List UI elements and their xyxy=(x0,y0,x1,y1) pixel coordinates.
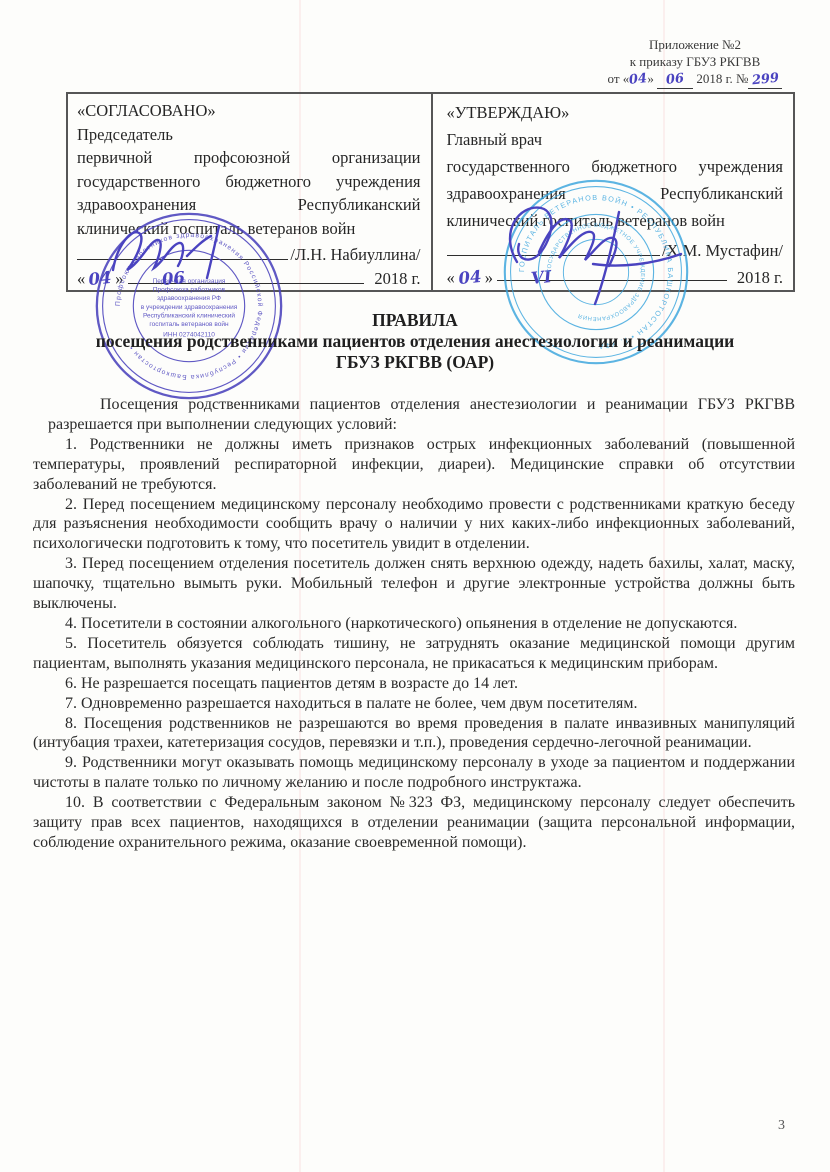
appendix-order-line: от «04» 06 2018 г. №299 xyxy=(570,70,820,89)
signature-line xyxy=(447,241,660,256)
rule-item-7: 7. Одновременно разрешается находиться в… xyxy=(33,694,795,714)
handwritten-day: 04 xyxy=(453,263,486,293)
rule-item-3: 3. Перед посещением отделения посетитель… xyxy=(33,554,795,614)
order-year-text: 2018 г. № xyxy=(693,71,748,86)
agreed-signature-row: /Л.Н. Набиуллина/ xyxy=(77,243,421,267)
approved-cell: «УТВЕРЖДАЮ» Главный врач государственног… xyxy=(431,94,794,290)
title-line-3: ГБУЗ РКГВВ (ОАР) xyxy=(0,352,830,373)
union-stamp-line: здравоохранения РФ xyxy=(157,295,221,302)
quote-close: » xyxy=(115,267,123,291)
document-page: Приложение №2 к приказу ГБУЗ РКГВВ от «0… xyxy=(0,0,830,1172)
agreed-heading: «СОГЛАСОВАНО» xyxy=(77,99,421,123)
rule-item-6: 6. Не разрешается посещать пациентов дет… xyxy=(33,674,795,694)
approved-heading: «УТВЕРЖДАЮ» xyxy=(447,99,784,126)
date-underline: 06 xyxy=(128,267,365,284)
rule-item-4: 4. Посетители в состоянии алкогольного (… xyxy=(33,614,795,634)
approval-table: «СОГЛАСОВАНО» Председатель первичной про… xyxy=(66,92,795,292)
year-label: 2018 г. xyxy=(372,267,420,291)
approved-signature-name: /Х.М. Мустафин/ xyxy=(660,237,783,264)
approved-line: государственного бюджетного учреждения xyxy=(447,153,784,180)
intro-paragraph: Посещения родственниками пациентов отдел… xyxy=(48,395,795,435)
handwritten-month: 06 xyxy=(160,265,185,291)
month-underline: 06 xyxy=(657,70,693,89)
rule-item-2: 2. Перед посещением медицинскому персона… xyxy=(33,495,795,555)
agreed-signature-name: /Л.Н. Набиуллина/ xyxy=(288,243,420,267)
agreed-cell: «СОГЛАСОВАНО» Председатель первичной про… xyxy=(68,94,431,290)
date-underline: VI xyxy=(497,264,727,281)
approved-signature-row: /Х.М. Мустафин/ xyxy=(447,237,784,264)
rule-item-5: 5. Посетитель обязуется соблюдать тишину… xyxy=(33,634,795,674)
handwritten-day: 04 xyxy=(84,265,116,292)
approved-line: клинический госпиталь ветеранов войн xyxy=(447,207,784,234)
handwritten-order-number: 299 xyxy=(751,70,780,90)
rules-body: Посещения родственниками пациентов отдел… xyxy=(33,395,795,853)
agreed-line: Председатель xyxy=(77,123,421,147)
signature-line xyxy=(77,245,288,260)
agreed-line: здравоохранения Республиканский xyxy=(77,193,421,217)
rule-item-8: 8. Посещения родственников не разрешаютс… xyxy=(33,714,795,754)
appendix-block: Приложение №2 к приказу ГБУЗ РКГВВ от «0… xyxy=(570,36,820,89)
page-number: 3 xyxy=(778,1118,785,1134)
order-from-prefix: от « xyxy=(608,71,630,86)
agreed-line: клинический госпиталь ветеранов войн xyxy=(77,217,421,241)
handwritten-month: 06 xyxy=(665,70,685,89)
appendix-line-1: Приложение №2 xyxy=(570,36,820,53)
appendix-line-2: к приказу ГБУЗ РКГВВ xyxy=(570,53,820,70)
title-line-1: ПРАВИЛА xyxy=(0,310,830,331)
approved-date-row: «04» VI 2018 г. xyxy=(447,264,784,291)
year-label: 2018 г. xyxy=(735,264,783,291)
handwritten-day: 04 xyxy=(628,70,648,89)
agreed-date-row: «04» 06 2018 г. xyxy=(77,267,421,291)
agreed-line: первичной профсоюзной организации xyxy=(77,146,421,170)
rule-item-10: 10. В соответствии с Федеральным законом… xyxy=(33,793,795,853)
approved-line: Главный врач xyxy=(447,126,784,153)
title-line-2: посещения родственниками пациентов отдел… xyxy=(0,331,830,352)
document-title: ПРАВИЛА посещения родственниками пациент… xyxy=(0,310,830,373)
rule-item-1: 1. Родственники не должны иметь признако… xyxy=(33,435,795,495)
order-close-quote: » xyxy=(647,71,654,86)
handwritten-month: VI xyxy=(530,263,553,292)
agreed-line: государственного бюджетного учреждения xyxy=(77,170,421,194)
rule-item-9: 9. Родственники могут оказывать помощь м… xyxy=(33,753,795,793)
approved-line: здравоохранения Республиканский xyxy=(447,180,784,207)
number-underline: 299 xyxy=(748,70,782,89)
